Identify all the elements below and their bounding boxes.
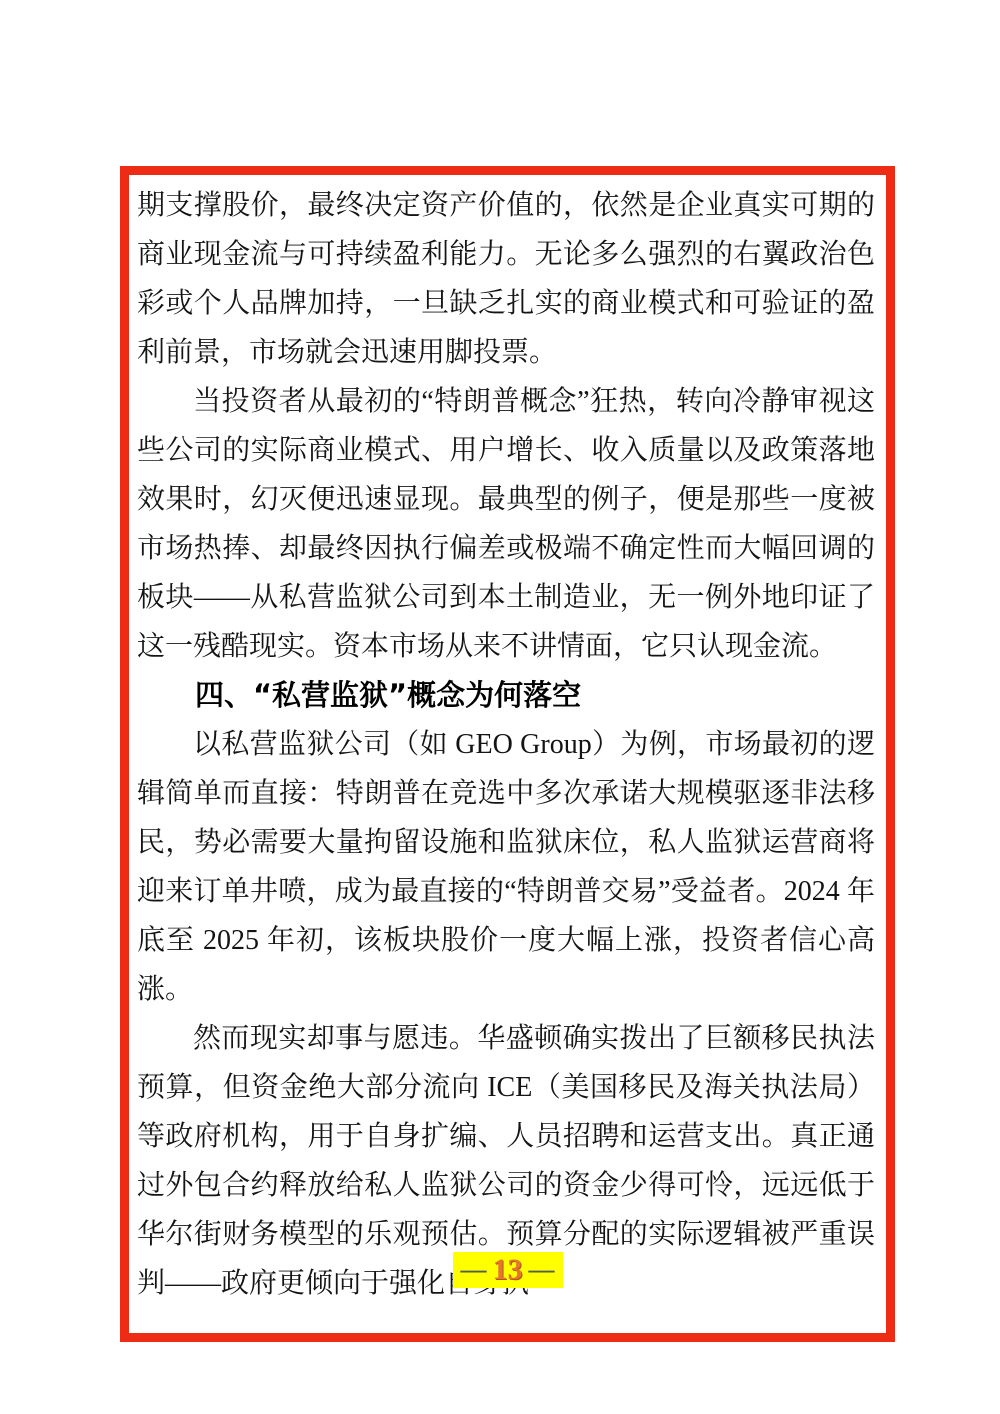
document-body: 期支撑股价，最终决定资产价值的，依然是企业真实可期的商业现金流与可持续盈利能力。… xyxy=(137,181,875,1308)
paragraph-continuation: 期支撑股价，最终决定资产价值的，依然是企业真实可期的商业现金流与可持续盈利能力。… xyxy=(137,181,875,377)
page-footer: — 13 — xyxy=(453,1252,563,1288)
footer-dash-right: — xyxy=(529,1255,555,1285)
document-page: 期支撑股价，最终决定资产价值的，依然是企业真实可期的商业现金流与可持续盈利能力。… xyxy=(0,0,1000,1414)
page-number: 13 xyxy=(493,1255,523,1285)
paragraph-trump-concept-disillusion: 当投资者从最初的“特朗普概念”狂热，转向冷静审视这些公司的实际商业模式、用户增长… xyxy=(137,377,875,671)
footer-dash-left: — xyxy=(461,1255,487,1285)
paragraph-geo-group-logic: 以私营监狱公司（如 GEO Group）为例，市场最初的逻辑简单而直接：特朗普在… xyxy=(137,720,875,1014)
red-border-frame: 期支撑股价，最终决定资产价值的，依然是企业真实可期的商业现金流与可持续盈利能力。… xyxy=(120,166,895,1342)
section-heading-private-prison: 四、“私营监狱”概念为何落空 xyxy=(137,671,875,720)
